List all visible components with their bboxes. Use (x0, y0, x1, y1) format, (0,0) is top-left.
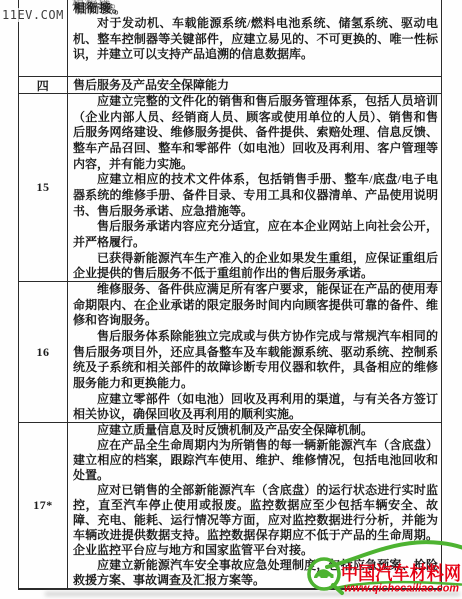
table-row: 17* 应建立质量信息及时反馈机制及产品安全保障机制。应在产品全生命周期内为所销… (19, 422, 441, 588)
paragraph-text: 应在产品全生命周期内为所销售的每一辆新能源汽车（含底盘）建立相应的档案，跟踪汽车… (73, 438, 438, 483)
paragraph-text: 维修服务、备件供应满足所有客户要求，能保证在产品的使用寿命期限内、在企业承诺的限… (73, 282, 438, 329)
paragraph-text: 相衔接。 (73, 1, 438, 16)
table-row: 四 售后服务及产品安全保障能力 (19, 76, 441, 93)
table-row: 相衔接。对于发动机、车载能源系统/燃料电池系统、储氢系统、驱动电机、整车控制器等… (19, 0, 441, 76)
audit-table: 相衔接。对于发动机、车载能源系统/燃料电池系统、储氢系统、驱动电机、整车控制器等… (18, 0, 442, 590)
watermark-text: 11EV.COM (1, 8, 65, 22)
row-number-cell: 四 (19, 77, 68, 93)
row-number-cell: 16 (19, 282, 68, 422)
paragraph-text: 应建立新能源汽车安全事故应急处理制度，包括应急预案、抢险救援方案、事故调查及汇报… (73, 558, 438, 588)
row-content-cell: 相衔接。对于发动机、车载能源系统/燃料电池系统、储氢系统、驱动电机、整车控制器等… (68, 0, 441, 76)
row-content-cell: 维修服务、备件供应满足所有客户要求，能保证在产品的使用寿命期限内、在企业承诺的限… (68, 282, 441, 422)
paragraph-text: 应建立完整的文件化的销售和售后服务管理体系，包括人员培训（企业内部人员、经销商人… (73, 94, 438, 172)
paragraph-text: 对于发动机、车载能源系统/燃料电池系统、储氢系统、驱动电机、整车控制器等关键部件… (73, 16, 438, 62)
row-content-cell: 应建立质量信息及时反馈机制及产品安全保障机制。应在产品全生命周期内为所销售的每一… (68, 423, 441, 588)
paragraph-text: 已获得新能源汽车生产准入的企业如果发生重组，应保证重组后企业提供的售后服务不低于… (73, 251, 438, 281)
scan-shadow (45, 592, 460, 596)
paragraph-text: 应建立零部件（如电池）回收及再利用的渠道，与有关各方签订相关协议，确保回收及再利… (73, 392, 438, 422)
paragraph-text: 售后服务承诺内容应充分适宜，应在本企业网站上向社会公开，并严格履行。 (73, 219, 438, 250)
paragraph-text: 应对已销售的全部新能源汽车（含底盘）的运行状态进行实时监控，直至汽车停止使用或报… (73, 483, 438, 558)
table-row: 16 维修服务、备件供应满足所有客户要求，能保证在产品的使用寿命期限内、在企业承… (19, 281, 441, 422)
table-row: 15 应建立完整的文件化的销售和售后服务管理体系，包括人员培训（企业内部人员、经… (19, 93, 441, 281)
paragraph-text: 售后服务体系除能独立完成或与供方协作完成与常规汽车相同的售后服务项目外，还应具备… (73, 329, 438, 392)
row-content-cell: 应建立完整的文件化的销售和售后服务管理体系，包括人员培训（企业内部人员、经销商人… (68, 94, 441, 281)
row-number-cell: 17* (19, 423, 68, 588)
paragraph-text: 售后服务及产品安全保障能力 (73, 77, 438, 93)
row-content-cell: 售后服务及产品安全保障能力 (68, 77, 441, 93)
row-number-cell: 15 (19, 94, 68, 281)
paragraph-text: 应建立质量信息及时反馈机制及产品安全保障机制。 (73, 423, 438, 438)
paragraph-text: 应建立相应的技术文件体系，包括销售手册、整车/底盘/电子电器系统的维修手册、备件… (73, 172, 438, 219)
